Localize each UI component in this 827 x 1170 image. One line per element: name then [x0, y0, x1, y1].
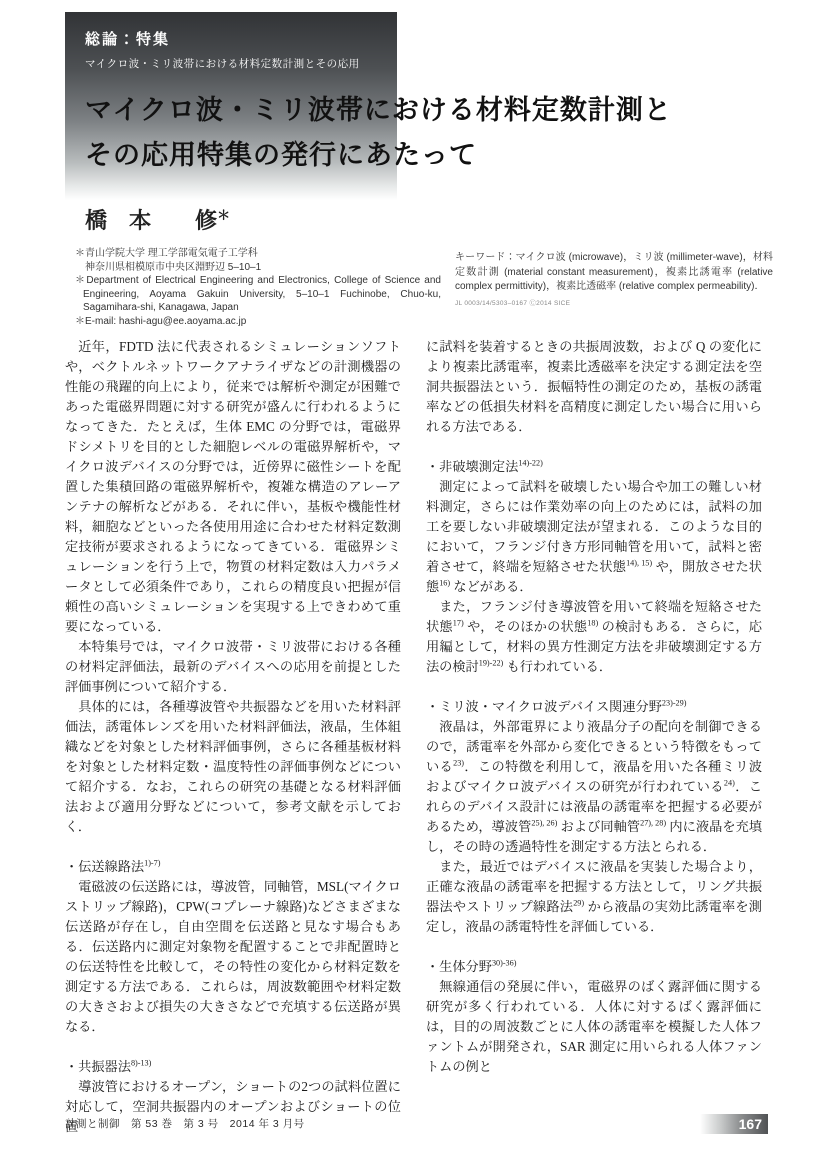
- right-column: に試料を装着するときの共振周波数，および Q の変化により複素比誘電率，複素比透…: [426, 337, 762, 1077]
- article-title: マイクロ波・ミリ波帯における材料定数計測と その応用特集の発行にあたって: [85, 88, 745, 178]
- section-transmission-line-method: ・伝送線路法1)-7) 電磁波の伝送路には，導波管，同軸管，MSL(マイクロスト…: [65, 857, 401, 1037]
- journal-footer-line: 計測と制御 第 53 巻 第 3 号 2014 年 3 月号: [65, 1116, 305, 1131]
- affiliation-en: ＊Department of Electrical Engineering an…: [75, 274, 441, 315]
- special-issue-series: マイクロ波・ミリ波帯における材料定数計測とその応用: [85, 56, 360, 71]
- issue-category: 総論：特集: [85, 28, 170, 49]
- left-column: 近年，FDTD 法に代表されるシミュレーションソフトや，ベクトルネットワークアナ…: [65, 337, 401, 1137]
- page-number-badge: 167: [700, 1114, 768, 1134]
- paragraph: 無線通信の発展に伴い，電磁界のばく露評価に関する研究が多く行われている．人体に対…: [426, 977, 762, 1077]
- section-resonator-continuation: に試料を装着するときの共振周波数，および Q の変化により複素比誘電率，複素比透…: [426, 337, 762, 437]
- paragraph: 近年，FDTD 法に代表されるシミュレーションソフトや，ベクトルネットワークアナ…: [65, 337, 401, 637]
- paragraph: 電磁波の伝送路には，導波管，同軸管，MSL(マイクロストリップ線路)，CPW(コ…: [65, 877, 401, 1037]
- paragraph: また，最近ではデバイスに液晶を実装した場合より，正確な液晶の誘電率を把握する方法…: [426, 857, 762, 937]
- keywords-text: キーワード：マイクロ波 (microwave)，ミリ波 (millimeter-…: [455, 251, 773, 295]
- affiliation-jp: ＊青山学院大学 理工学部電気電子工学科: [75, 247, 441, 261]
- affiliation-block: ＊青山学院大学 理工学部電気電子工学科 神奈川県相模原市中央区淵野辺 5–10–…: [75, 247, 441, 328]
- article-title-line2: その応用特集の発行にあたって: [85, 133, 745, 178]
- paragraph: また，フランジ付き導波管を用いて終端を短絡させた状態17) や，そのほかの状態1…: [426, 597, 762, 677]
- section-heading: ・非破壊測定法14)-22): [426, 457, 762, 477]
- paragraph: 本特集号では，マイクロ波帯・ミリ波帯における各種の材料定評価法，最新のデバイスへ…: [65, 637, 401, 697]
- paragraph: 具体的には，各種導波管や共振器などを用いた材料評価法，誘電体レンズを用いた材料評…: [65, 697, 401, 837]
- paragraph: 測定によって試料を破壊したい場合や加工の難しい材料測定，さらには作業効率の向上の…: [426, 477, 762, 597]
- document-id: JL 0003/14/5303–0167 Ⓒ2014 SICE: [455, 297, 773, 312]
- journal-page: 総論：特集 マイクロ波・ミリ波帯における材料定数計測とその応用 マイクロ波・ミリ…: [0, 0, 827, 1170]
- page-number: 167: [739, 1114, 768, 1134]
- paragraph: に試料を装着するときの共振周波数，および Q の変化により複素比誘電率，複素比透…: [426, 337, 762, 437]
- section-biological-field: ・生体分野30)-36) 無線通信の発展に伴い，電磁界のばく露評価に関する研究が…: [426, 957, 762, 1077]
- section-device-field: ・ミリ波・マイクロ波デバイス関連分野23)-29) 液晶は，外部電界により液晶分…: [426, 697, 762, 937]
- author-email: ＊E-mail: hashi-agu@ee.aoyama.ac.jp: [75, 315, 441, 329]
- section-heading: ・共振器法8)-13): [65, 1057, 401, 1077]
- section-nondestructive-method: ・非破壊測定法14)-22) 測定によって試料を破壊したい場合や加工の難しい材料…: [426, 457, 762, 677]
- section-heading: ・ミリ波・マイクロ波デバイス関連分野23)-29): [426, 697, 762, 717]
- article-title-line1: マイクロ波・ミリ波帯における材料定数計測と: [85, 88, 745, 133]
- affiliation-jp-address: 神奈川県相模原市中央区淵野辺 5–10–1: [75, 261, 441, 275]
- keywords-block: キーワード：マイクロ波 (microwave)，ミリ波 (millimeter-…: [455, 251, 773, 311]
- section-heading: ・伝送線路法1)-7): [65, 857, 401, 877]
- section-heading: ・生体分野30)-36): [426, 957, 762, 977]
- paragraph: 液晶は，外部電界により液晶分子の配向を制御できるので，誘電率を外部から変化できる…: [426, 717, 762, 857]
- section-intro: 近年，FDTD 法に代表されるシミュレーションソフトや，ベクトルネットワークアナ…: [65, 337, 401, 837]
- author-name: 橋 本 修＊: [85, 204, 230, 235]
